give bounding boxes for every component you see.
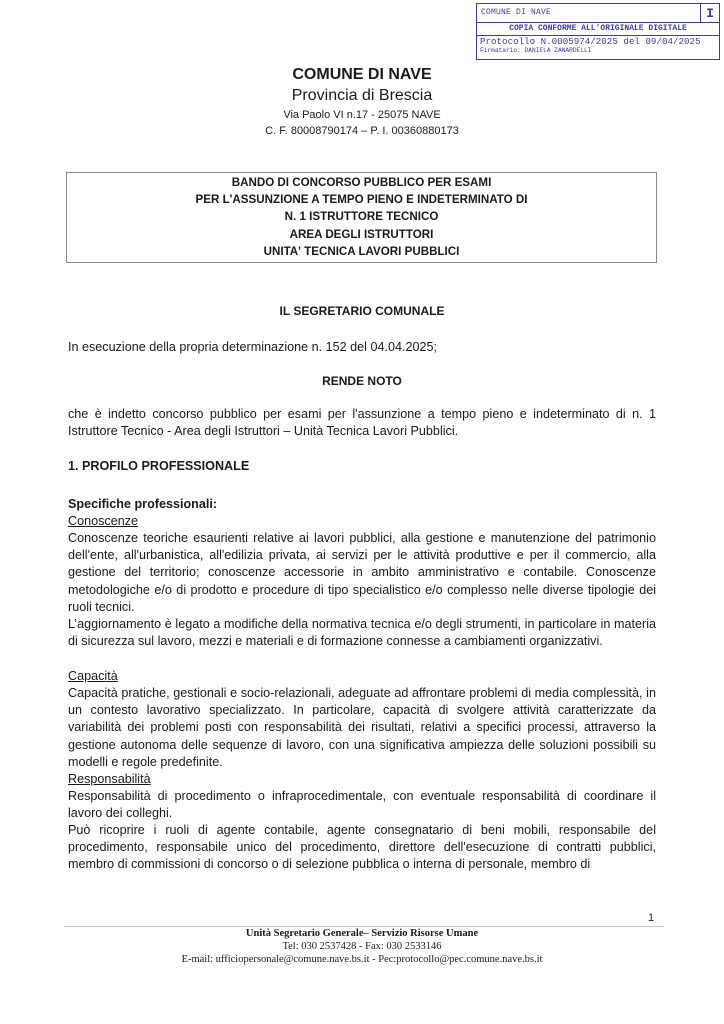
- stamp-mark-icon: I: [700, 4, 719, 22]
- stamp-conformity: COPIA CONFORME ALL'ORIGINALE DIGITALE: [477, 23, 719, 36]
- execution-text: In esecuzione della propria determinazio…: [68, 339, 656, 356]
- call-title-line: PER L'ASSUNZIONE A TEMPO PIENO E INDETER…: [67, 191, 656, 208]
- knowledge-paragraph-2: L’aggiornamento è legato a modifiche del…: [68, 616, 656, 650]
- footer-unit: Unità Segretario Generale– Servizio Riso…: [0, 928, 724, 939]
- footer-phone: Tel: 030 2537428 - Fax: 030 2533146: [0, 941, 724, 952]
- footer-email: E-mail: ufficiopersonale@comune.nave.bs.…: [0, 954, 724, 965]
- section-1-title: 1. PROFILO PROFESSIONALE: [68, 458, 656, 475]
- responsibility-title: Responsabilità: [68, 771, 656, 788]
- call-title-line: N. 1 ISTRUTTORE TECNICO: [67, 208, 656, 225]
- capacity-paragraph: Capacità pratiche, gestionali e socio-re…: [68, 685, 656, 771]
- page-number: 1: [648, 912, 654, 924]
- knowledge-title: Conoscenze: [68, 513, 656, 530]
- rende-noto-heading: RENDE NOTO: [0, 374, 724, 388]
- call-title-line: UNITA' TECNICA LAVORI PUBBLICI: [67, 243, 656, 260]
- responsibility-paragraph-1: Responsabilità di procedimento o infrapr…: [68, 788, 656, 822]
- knowledge-paragraph-1: Conoscenze teoriche esaurienti relative …: [68, 530, 656, 616]
- footer-divider: [64, 926, 664, 927]
- call-title-box: BANDO DI CONCORSO PUBBLICO PER ESAMI PER…: [66, 172, 657, 263]
- tax-ids: C. F. 80008790174 – P. I. 00360880173: [0, 125, 724, 137]
- specs-title: Specifiche professionali:: [68, 496, 656, 513]
- call-title-line: AREA DEGLI ISTRUTTORI: [67, 226, 656, 243]
- call-title-line: BANDO DI CONCORSO PUBBLICO PER ESAMI: [67, 174, 656, 191]
- protocol-stamp: COMUNE DI NAVE I COPIA CONFORME ALL'ORIG…: [476, 3, 720, 60]
- stamp-entity-row: COMUNE DI NAVE I: [477, 4, 719, 23]
- municipality-title: COMUNE DI NAVE: [0, 66, 724, 84]
- responsibility-paragraph-2: Può ricoprire i ruoli di agente contabil…: [68, 822, 656, 874]
- stamp-entity: COMUNE DI NAVE: [481, 8, 551, 17]
- stamp-signer: Firmatario: DANIELA ZANARDELLI: [477, 47, 719, 55]
- stamp-protocol: Protocollo N.0005974/2025 del 09/04/2025: [477, 36, 719, 47]
- announcement-text: che è indetto concorso pubblico per esam…: [68, 406, 656, 440]
- province: Provincia di Brescia: [0, 87, 724, 105]
- issuer-heading: IL SEGRETARIO COMUNALE: [0, 304, 724, 318]
- address: Via Paolo VI n.17 - 25075 NAVE: [0, 109, 724, 121]
- capacity-title: Capacità: [68, 668, 656, 685]
